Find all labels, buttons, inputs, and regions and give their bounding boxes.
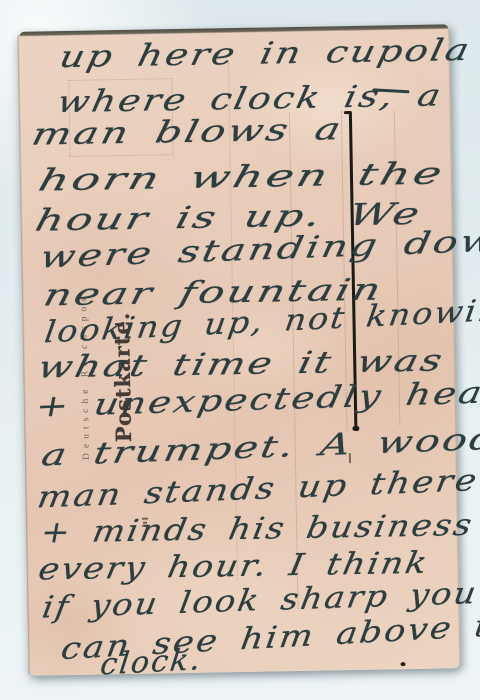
- handwriting-line: up here in cupola: [56, 31, 475, 78]
- postcard: Postkarte. Deutsche Reichspost up here i…: [17, 24, 460, 675]
- handwriting-line: clock.: [98, 640, 204, 685]
- photo-background: Postkarte. Deutsche Reichspost up here i…: [0, 0, 480, 700]
- handwriting-line: man blows a: [28, 110, 347, 156]
- handwritten-message: up here in cupola where clock is, a man …: [17, 24, 460, 675]
